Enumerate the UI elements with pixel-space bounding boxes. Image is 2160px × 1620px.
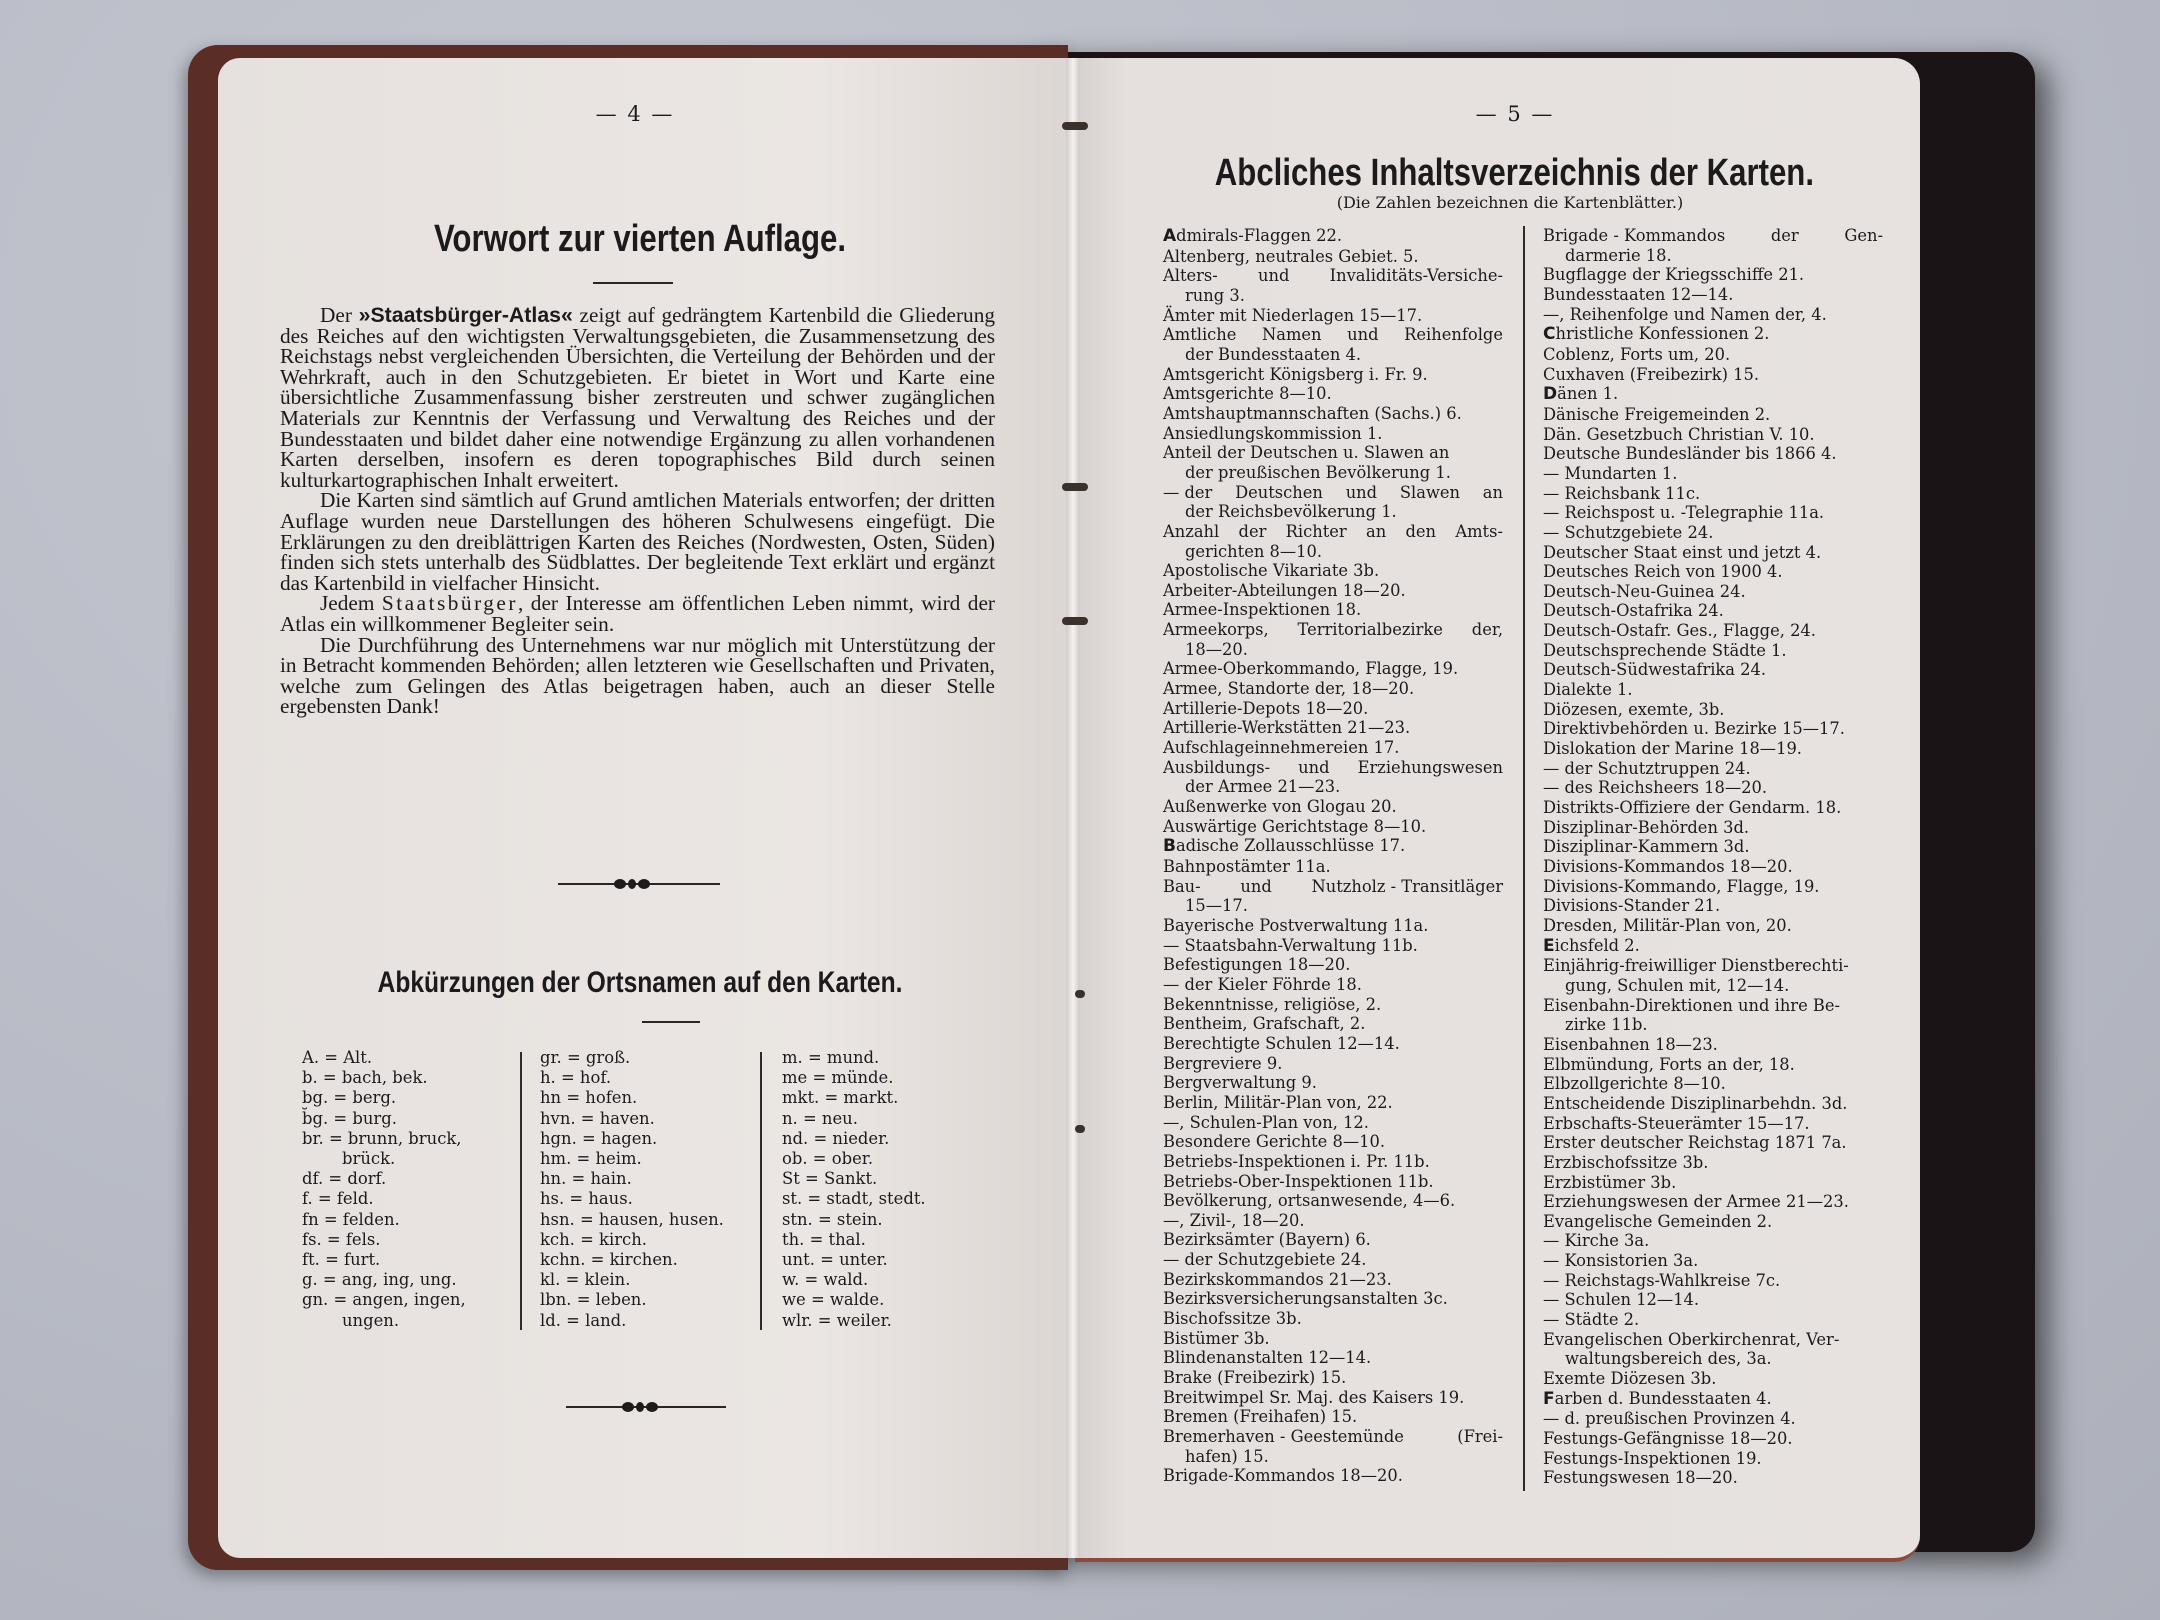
index-entry: Amtshauptmannschaften (Sachs.) 6. (1163, 404, 1503, 424)
index-entry: Erzbistümer 3b. (1543, 1173, 1883, 1193)
abbreviation-entry: hgn. = hagen. (540, 1129, 724, 1149)
index-entry: Betriebs-Inspektionen i. Pr. 11b. (1163, 1152, 1503, 1172)
index-entry: gerichten 8—10. (1163, 542, 1503, 562)
index-entry: Betriebs-Ober-Inspektionen 11b. (1163, 1172, 1503, 1192)
abbreviation-entry: w. = wald. (782, 1270, 926, 1290)
abbreviation-entry: gr. = groß. (540, 1048, 724, 1068)
index-entry: Bau-undNutzholz - Transitläger (1163, 877, 1503, 897)
index-entry: gung, Schulen mit, 12—14. (1543, 976, 1883, 996)
index-column-1: Admirals-Flaggen 22.Altenberg, neutrales… (1163, 226, 1503, 1486)
index-entry: Anteil der Deutschen u. Slawen an (1163, 443, 1503, 463)
abbreviation-entry: stn. = stein. (782, 1210, 926, 1230)
abbreviation-entry: ob. = ober. (782, 1149, 926, 1169)
abbreviation-entry: h. = hof. (540, 1068, 724, 1088)
abbreviation-entry: wlr. = weiler. (782, 1311, 926, 1331)
index-entry: Bezirksämter (Bayern) 6. (1163, 1230, 1503, 1250)
index-entry: der Bundesstaaten 4. (1163, 345, 1503, 365)
index-entry: Bischofssitze 3b. (1163, 1309, 1503, 1329)
abbreviations-column-2: gr. = groß.h. = hof.hn = hofen.hvn. = ha… (540, 1048, 724, 1331)
index-entry: Bremen (Freihafen) 15. (1163, 1407, 1503, 1427)
index-entry: Amtsgericht Königsberg i. Fr. 9. (1163, 365, 1503, 385)
index-entry: Disziplinar-Behörden 3d. (1543, 818, 1883, 838)
index-entry: Erziehungswesen der Armee 21—23. (1543, 1192, 1883, 1212)
index-entry: der Armee 21—23. (1163, 777, 1503, 797)
index-entry: Dän. Gesetzbuch Christian V. 10. (1543, 425, 1883, 445)
index-entry: Berechtigte Schulen 12—14. (1163, 1034, 1503, 1054)
index-entry: Coblenz, Forts um, 20. (1543, 345, 1883, 365)
column-divider (520, 1052, 522, 1330)
index-entry: Bentheim, Grafschaft, 2. (1163, 1014, 1503, 1034)
book-gutter (1066, 58, 1080, 1558)
index-entry: Alters-undInvaliditäts-Versiche- (1163, 266, 1503, 286)
preface-paragraph: Jedem Staatsbürger, der Interesse am öff… (280, 593, 995, 634)
binding-staple-icon (1075, 1125, 1085, 1133)
index-entry: — Reichstags-Wahlkreise 7c. (1543, 1271, 1883, 1291)
index-entry: Apostolische Vikariate 3b. (1163, 561, 1503, 581)
index-entry: Deutscher Staat einst und jetzt 4. (1543, 543, 1883, 563)
index-entry: Elbzollgerichte 8—10. (1543, 1074, 1883, 1094)
index-entry: — Konsistorien 3a. (1543, 1251, 1883, 1271)
index-entry: Berlin, Militär-Plan von, 22. (1163, 1093, 1503, 1113)
index-entry: Christliche Konfessionen 2. (1543, 324, 1883, 345)
index-entry: Aufschlageinnehmereien 17. (1163, 738, 1503, 758)
index-entry: —, Zivil-, 18—20. (1163, 1211, 1503, 1231)
abbreviations-title: Abkürzungen der Ortsnamen auf den Karten… (353, 966, 927, 1000)
binding-staple-icon (1062, 122, 1088, 130)
abbreviation-entry: lbn. = leben. (540, 1290, 724, 1310)
abbreviation-entry: fs. = fels. (302, 1230, 466, 1250)
index-entry: —, Reihenfolge und Namen der, 4. (1543, 305, 1883, 325)
index-entry: Bistümer 3b. (1163, 1329, 1503, 1349)
abbreviation-entry: g. = ang, ing, ung. (302, 1270, 466, 1290)
index-entry: Deutsch-Ostafr. Ges., Flagge, 24. (1543, 621, 1883, 641)
index-entry: Evangelischen Oberkirchenrat, Ver- (1543, 1330, 1883, 1350)
index-entry: Armeekorps,Territorialbezirkeder, (1163, 620, 1503, 640)
abbreviation-entry: fn = felden. (302, 1210, 466, 1230)
index-entry: Distrikts-Offiziere der Gendarm. 18. (1543, 798, 1883, 818)
abbreviation-entry: gn. = angen, ingen, (302, 1290, 466, 1310)
abbreviation-entry: th. = thal. (782, 1230, 926, 1250)
index-entry: hafen) 15. (1163, 1447, 1503, 1467)
abbreviations-rule (642, 1021, 700, 1023)
index-entry: Diözesen, exemte, 3b. (1543, 700, 1883, 720)
abbreviation-entry: brück. (302, 1149, 466, 1169)
abbreviation-entry: hsn. = hausen, husen. (540, 1210, 724, 1230)
preface-body: Der »Staatsbürger-Atlas« zeigt auf gedrä… (280, 305, 995, 717)
abbreviation-entry: nd. = nieder. (782, 1129, 926, 1149)
index-entry: der preußischen Bevölkerung 1. (1163, 463, 1503, 483)
index-entry: 18—20. (1163, 640, 1503, 660)
page-number-left: — 4 — (580, 102, 690, 126)
index-entry: — der Kieler Föhrde 18. (1163, 975, 1503, 995)
index-entry: Exemte Diözesen 3b. (1543, 1369, 1883, 1389)
index-entry: Amtsgerichte 8—10. (1163, 384, 1503, 404)
index-entry: Entscheidende Disziplinarbehdn. 3d. (1543, 1094, 1883, 1114)
index-entry: Evangelische Gemeinden 2. (1543, 1212, 1883, 1232)
index-entry: rung 3. (1163, 286, 1503, 306)
index-entry: Ausbildungs-undErziehungswesen (1163, 758, 1503, 778)
index-entry: Armee-Oberkommando, Flagge, 19. (1163, 659, 1503, 679)
index-title: Abcliches Inhaltsverzeichnis der Karten. (1215, 152, 1805, 195)
index-entry: — der Schutzgebiete 24. (1163, 1250, 1503, 1270)
index-entry: — des Reichsheers 18—20. (1543, 778, 1883, 798)
index-entry: Altenberg, neutrales Gebiet. 5. (1163, 247, 1503, 267)
abbreviation-entry: st. = stadt, stedt. (782, 1189, 926, 1209)
abbreviation-entry: hvn. = haven. (540, 1109, 724, 1129)
index-entry: darmerie 18. (1543, 246, 1883, 266)
index-entry: Eisenbahnen 18—23. (1543, 1035, 1883, 1055)
index-entry: Divisions-Kommandos 18—20. (1543, 857, 1883, 877)
index-entry: Dislokation der Marine 18—19. (1543, 739, 1883, 759)
index-entry: Erbschafts-Steuerämter 15—17. (1543, 1114, 1883, 1134)
index-entry: Deutsches Reich von 1900 4. (1543, 562, 1883, 582)
index-entry: Befestigungen 18—20. (1163, 955, 1503, 975)
index-entry: Armee-Inspektionen 18. (1163, 600, 1503, 620)
index-entry: Elbmündung, Forts an der, 18. (1543, 1055, 1883, 1075)
abbreviation-entry: hn = hofen. (540, 1088, 724, 1108)
index-entry: Außenwerke von Glogau 20. (1163, 797, 1503, 817)
index-entry: Eichsfeld 2. (1543, 936, 1883, 957)
column-divider (1523, 226, 1525, 1491)
abbreviation-entry: kl. = klein. (540, 1270, 724, 1290)
index-entry: AmtlicheNamenundReihenfolge (1163, 325, 1503, 345)
index-entry: — Kirche 3a. (1543, 1231, 1883, 1251)
index-entry: Einjährig-freiwilliger Dienstberechti- (1543, 956, 1883, 976)
abbreviation-entry: ft. = furt. (302, 1250, 466, 1270)
index-entry: Bundesstaaten 12—14. (1543, 285, 1883, 305)
index-entry: Artillerie-Depots 18—20. (1163, 699, 1503, 719)
index-entry: Bezirksversicherungsanstalten 3c. (1163, 1289, 1503, 1309)
title-rule (593, 282, 673, 284)
binding-staple-icon (1062, 617, 1088, 625)
index-entry: Besondere Gerichte 8—10. (1163, 1132, 1503, 1152)
abbreviations-column-3: m. = mund.me = münde.mkt. = markt.n. = n… (782, 1048, 926, 1331)
abbreviation-entry: mkt. = markt. (782, 1088, 926, 1108)
abbreviation-entry: b̆g. = burg. (302, 1109, 466, 1129)
abbreviation-entry: unt. = unter. (782, 1250, 926, 1270)
index-entry: Bergverwaltung 9. (1163, 1073, 1503, 1093)
index-entry: Eisenbahn-Direktionen und ihre Be- (1543, 996, 1883, 1016)
index-entry: zirke 11b. (1543, 1015, 1883, 1035)
index-entry: Farben d. Bundesstaaten 4. (1543, 1389, 1883, 1410)
index-entry: Badische Zollausschlüsse 17. (1163, 836, 1503, 857)
abbreviation-entry: df. = dorf. (302, 1169, 466, 1189)
index-entry: Dresden, Militär-Plan von, 20. (1543, 916, 1883, 936)
index-entry: Bugflagge der Kriegsschiffe 21. (1543, 265, 1883, 285)
index-entry: der Reichsbevölkerung 1. (1163, 502, 1503, 522)
index-entry: —, Schulen-Plan von, 12. (1163, 1113, 1503, 1133)
abbreviation-entry: ld. = land. (540, 1311, 724, 1331)
index-entry: Bayerische Postverwaltung 11a. (1163, 916, 1503, 936)
index-entry: 15—17. (1163, 896, 1503, 916)
abbreviation-entry: A. = Alt. (302, 1048, 466, 1068)
index-entry: Bremerhaven - Geestemünde(Frei- (1163, 1427, 1503, 1447)
index-entry: Festungs-Inspektionen 19. (1543, 1449, 1883, 1469)
abbreviation-entry: we = walde. (782, 1290, 926, 1310)
index-entry: Brigade - KommandosderGen- (1543, 226, 1883, 246)
index-entry: Disziplinar-Kammern 3d. (1543, 837, 1883, 857)
index-entry: Dialekte 1. (1543, 680, 1883, 700)
binding-staple-icon (1075, 990, 1085, 998)
page-number-right: — 5 — (1460, 102, 1570, 126)
index-entry: Ämter mit Niederlagen 15—17. (1163, 306, 1503, 326)
index-entry: Dänen 1. (1543, 384, 1883, 405)
index-entry: Bekenntnisse, religiöse, 2. (1163, 995, 1503, 1015)
index-entry: — Städte 2. (1543, 1310, 1883, 1330)
abbreviation-entry: hs. = haus. (540, 1189, 724, 1209)
column-divider (760, 1052, 762, 1330)
index-entry: — derDeutschenundSlawenan (1163, 483, 1503, 503)
index-entry: Auswärtige Gerichtstage 8—10. (1163, 817, 1503, 837)
preface-title: Vorwort zur vierten Auflage. (386, 218, 894, 261)
index-entry: Divisions-Stander 21. (1543, 896, 1883, 916)
index-subtitle: (Die Zahlen bezeichnen die Kartenblätter… (1150, 193, 1870, 212)
index-entry: Direktivbehörden u. Bezirke 15—17. (1543, 719, 1883, 739)
index-entry: Festungswesen 18—20. (1543, 1468, 1883, 1488)
abbreviation-entry: St = Sankt. (782, 1169, 926, 1189)
index-entry: Cuxhaven (Freibezirk) 15. (1543, 365, 1883, 385)
index-entry: — Reichspost u. -Telegraphie 11a. (1543, 503, 1883, 523)
index-entry: — Staatsbahn-Verwaltung 11b. (1163, 936, 1503, 956)
index-entry: Erster deutscher Reichstag 1871 7a. (1543, 1133, 1883, 1153)
index-entry: Brigade-Kommandos 18—20. (1163, 1466, 1503, 1486)
abbreviation-entry: bg. = berg. (302, 1088, 466, 1108)
abbreviations-column-1: A. = Alt.b. = bach, bek.bg. = berg.b̆g. … (302, 1048, 466, 1331)
ornament-divider-icon (566, 1400, 726, 1414)
index-entry: Festungs-Gefängnisse 18—20. (1543, 1429, 1883, 1449)
preface-paragraph: Der »Staatsbürger-Atlas« zeigt auf gedrä… (280, 305, 995, 490)
index-entry: — d. preußischen Provinzen 4. (1543, 1409, 1883, 1429)
abbreviation-entry: me = münde. (782, 1068, 926, 1088)
index-entry: — Mundarten 1. (1543, 464, 1883, 484)
ornament-divider-icon (558, 877, 720, 891)
binding-staple-icon (1062, 483, 1088, 491)
index-entry: Bevölkerung, ortsanwesende, 4—6. (1163, 1191, 1503, 1211)
index-entry: Deutsche Bundesländer bis 1866 4. (1543, 444, 1883, 464)
abbreviation-entry: kchn. = kirchen. (540, 1250, 724, 1270)
index-entry: Ansiedlungskommission 1. (1163, 424, 1503, 444)
index-entry: Breitwimpel Sr. Maj. des Kaisers 19. (1163, 1388, 1503, 1408)
index-entry: Deutsch-Neu-Guinea 24. (1543, 582, 1883, 602)
abbreviation-entry: b. = bach, bek. (302, 1068, 466, 1088)
index-entry: AnzahlderRichterandenAmts- (1163, 522, 1503, 542)
abbreviation-entry: hn. = hain. (540, 1169, 724, 1189)
abbreviation-entry: n. = neu. (782, 1109, 926, 1129)
index-entry: Arbeiter-Abteilungen 18—20. (1163, 581, 1503, 601)
abbreviation-entry: ungen. (302, 1311, 466, 1331)
index-entry: Deutsch-Ostafrika 24. (1543, 601, 1883, 621)
abbreviation-entry: kch. = kirch. (540, 1230, 724, 1250)
index-entry: — Reichsbank 11c. (1543, 484, 1883, 504)
index-column-2: Brigade - KommandosderGen-darmerie 18.Bu… (1543, 226, 1883, 1488)
index-entry: Dänische Freigemeinden 2. (1543, 405, 1883, 425)
index-entry: Bahnpostämter 11a. (1163, 857, 1503, 877)
index-entry: Bergreviere 9. (1163, 1054, 1503, 1074)
index-entry: Brake (Freibezirk) 15. (1163, 1368, 1503, 1388)
abbreviation-entry: br. = brunn, bruck, (302, 1129, 466, 1149)
index-entry: — Schulen 12—14. (1543, 1290, 1883, 1310)
index-entry: Erzbischofssitze 3b. (1543, 1153, 1883, 1173)
preface-paragraph: Die Karten sind sämtlich auf Grund amtli… (280, 490, 995, 593)
index-entry: — Schutzgebiete 24. (1543, 523, 1883, 543)
index-entry: Admirals-Flaggen 22. (1163, 226, 1503, 247)
index-entry: waltungsbereich des, 3a. (1543, 1349, 1883, 1369)
index-entry: Deutsch-Südwestafrika 24. (1543, 660, 1883, 680)
index-entry: Blindenanstalten 12—14. (1163, 1348, 1503, 1368)
index-entry: Bezirkskommandos 21—23. (1163, 1270, 1503, 1290)
index-entry: Artillerie-Werkstätten 21—23. (1163, 718, 1503, 738)
index-entry: — der Schutztruppen 24. (1543, 759, 1883, 779)
abbreviation-entry: hm. = heim. (540, 1149, 724, 1169)
preface-paragraph: Die Durchführung des Unternehmens war nu… (280, 635, 995, 717)
index-entry: Divisions-Kommando, Flagge, 19. (1543, 877, 1883, 897)
abbreviation-entry: f. = feld. (302, 1189, 466, 1209)
abbreviation-entry: m. = mund. (782, 1048, 926, 1068)
index-entry: Deutschsprechende Städte 1. (1543, 641, 1883, 661)
index-entry: Armee, Standorte der, 18—20. (1163, 679, 1503, 699)
